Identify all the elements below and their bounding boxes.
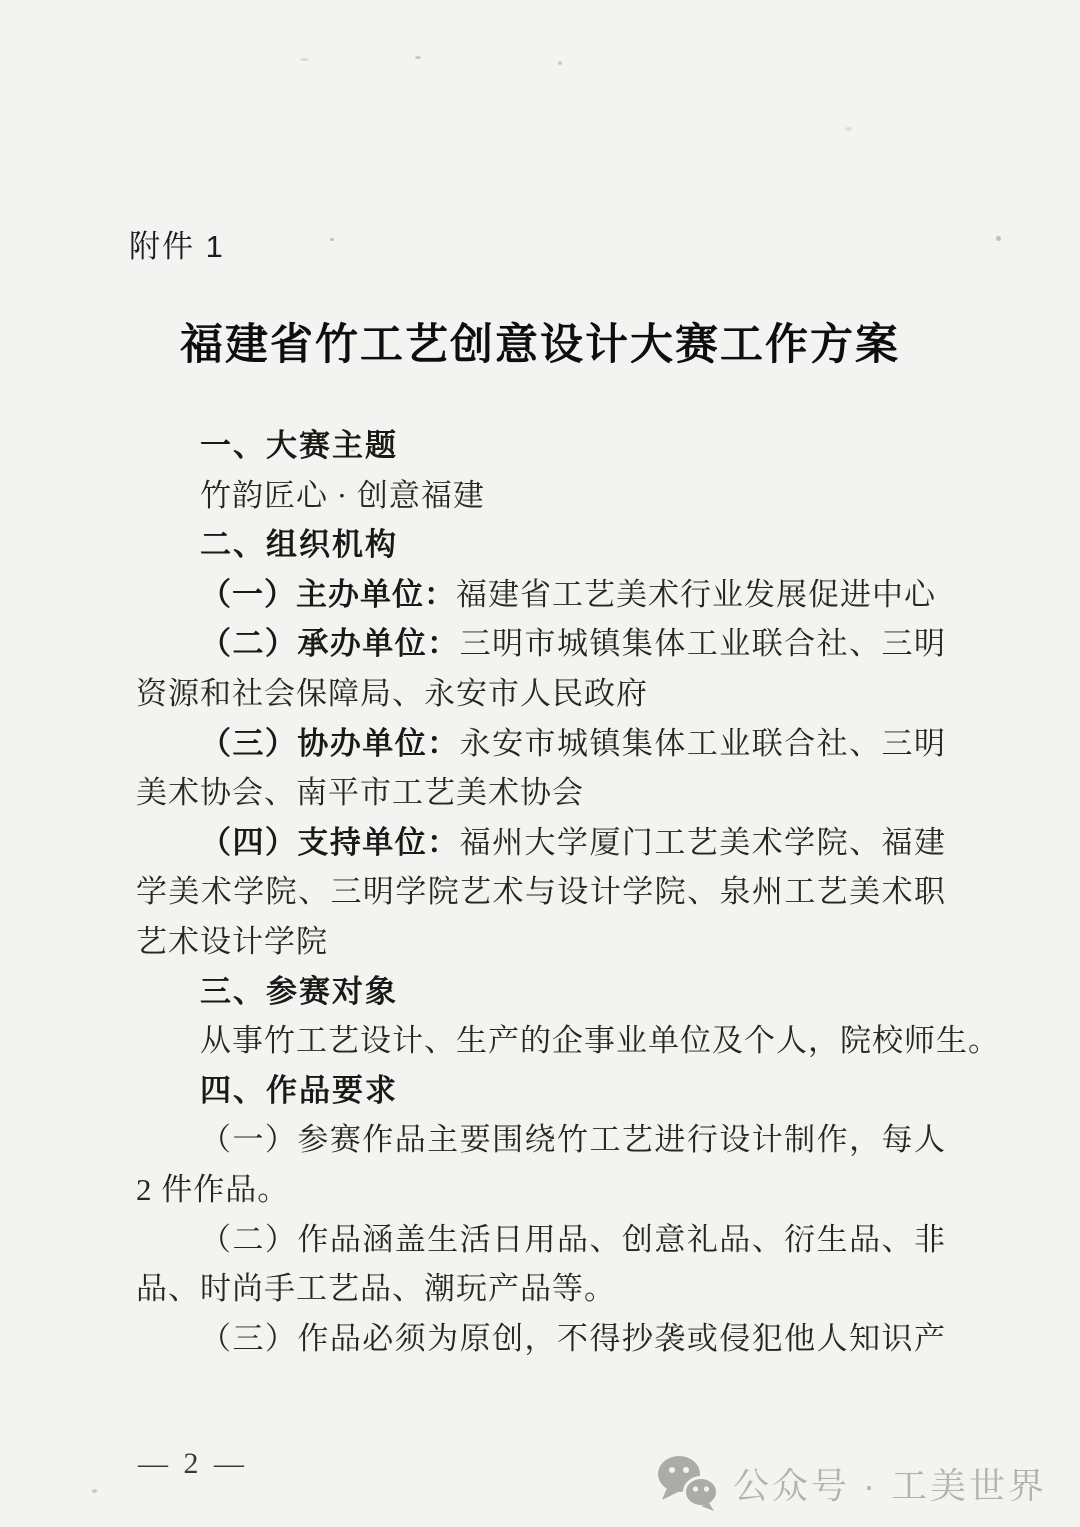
scan-speck: [996, 236, 1001, 241]
organizer-unit-line-1: （二）承办单位：三明市城镇集体工业联合社、三明市人力: [136, 619, 946, 669]
watermark: 公众号 · 工美世界: [657, 1455, 1047, 1511]
requirement-3-line-1: （三）作品必须为原创，不得抄袭或侵犯他人知识产权，并: [136, 1314, 946, 1364]
support-unit-line-1: （四）支持单位：福州大学厦门工艺美术学院、福建师范大: [136, 818, 946, 868]
scan-speck: [300, 58, 309, 61]
co-organizer-unit-line-1: （三）协办单位：永安市城镇集体工业联合社、三明市工艺: [136, 719, 946, 769]
line-label-bold: 二、组织机构: [200, 527, 398, 562]
line-label-bold: （四）支持单位：: [200, 825, 460, 860]
line-label-bold: （一）主办单位：: [200, 577, 456, 612]
line-text: 资源和社会保障局、永安市人民政府: [136, 676, 648, 711]
support-unit-line-2: 学美术学院、三明学院艺术与设计学院、泉州工艺美术职业学院: [136, 867, 946, 917]
organizer-unit-line-2: 资源和社会保障局、永安市人民政府: [136, 669, 946, 719]
theme-text: 竹韵匠心 · 创意福建: [136, 471, 946, 521]
line-text: 学美术学院、三明学院艺术与设计学院、泉州工艺美术职业学院: [136, 874, 946, 917]
line-text: 美术协会、南平市工艺美术协会: [136, 775, 584, 810]
scan-speck: [330, 238, 334, 241]
page-title: 福建省竹工艺创意设计大赛工作方案: [0, 311, 1080, 372]
host-unit-line: （一）主办单位：福建省工艺美术行业发展促进中心: [136, 570, 946, 620]
line-text: （一）参赛作品主要围绕竹工艺进行设计制作，每人限申报: [200, 1122, 946, 1165]
participants-text: 从事竹工艺设计、生产的企事业单位及个人，院校师生。: [136, 1016, 946, 1066]
requirement-1-line-2: 2 件作品。: [136, 1165, 946, 1215]
section-heading-organization: 二、组织机构: [136, 520, 946, 570]
attachment-label: 附件 1: [129, 221, 225, 266]
line-label-bold: 四、作品要求: [200, 1073, 398, 1108]
line-label-bold: 三、参赛对象: [200, 974, 398, 1009]
section-heading-requirements: 四、作品要求: [136, 1066, 946, 1116]
requirement-2-line-2: 品、时尚手工艺品、潮玩产品等。: [136, 1264, 946, 1314]
wechat-icon: [657, 1455, 721, 1511]
section-heading-theme: 一、大赛主题: [136, 421, 946, 471]
line-text: 竹韵匠心 · 创意福建: [200, 478, 485, 513]
line-label-bold: 一、大赛主题: [200, 428, 398, 463]
line-text: （三）作品必须为原创，不得抄袭或侵犯他人知识产权，并: [200, 1321, 946, 1364]
scanned-document-page: 附件 1 福建省竹工艺创意设计大赛工作方案 一、大赛主题竹韵匠心 · 创意福建二…: [0, 0, 1080, 1527]
section-heading-participants: 三、参赛对象: [136, 967, 946, 1017]
requirement-1-line-1: （一）参赛作品主要围绕竹工艺进行设计制作，每人限申报: [136, 1115, 946, 1165]
watermark-text: 公众号 · 工美世界: [733, 1458, 1047, 1509]
scan-speck: [558, 61, 562, 65]
support-unit-line-3: 艺术设计学院: [136, 917, 946, 967]
line-text: （二）作品涵盖生活日用品、创意礼品、衍生品、非遗文创: [200, 1222, 946, 1265]
co-organizer-unit-line-2: 美术协会、南平市工艺美术协会: [136, 768, 946, 818]
line-text: 2 件作品。: [136, 1172, 289, 1207]
line-label-bold: （二）承办单位：: [200, 626, 460, 661]
line-label-bold: （三）协办单位：: [200, 726, 460, 761]
scan-speck: [415, 56, 421, 59]
document-body: 一、大赛主题竹韵匠心 · 创意福建二、组织机构（一）主办单位：福建省工艺美术行业…: [136, 421, 946, 1363]
requirement-2-line-1: （二）作品涵盖生活日用品、创意礼品、衍生品、非遗文创: [136, 1215, 946, 1265]
line-text: 品、时尚手工艺品、潮玩产品等。: [136, 1271, 616, 1306]
scan-speck: [92, 1489, 97, 1493]
page-number: — 2 —: [138, 1447, 248, 1481]
scan-speck: [845, 127, 852, 131]
line-text: 艺术设计学院: [136, 924, 328, 959]
line-text: 福建省工艺美术行业发展促进中心: [456, 577, 936, 612]
line-text: 从事竹工艺设计、生产的企事业单位及个人，院校师生。: [200, 1023, 1000, 1058]
